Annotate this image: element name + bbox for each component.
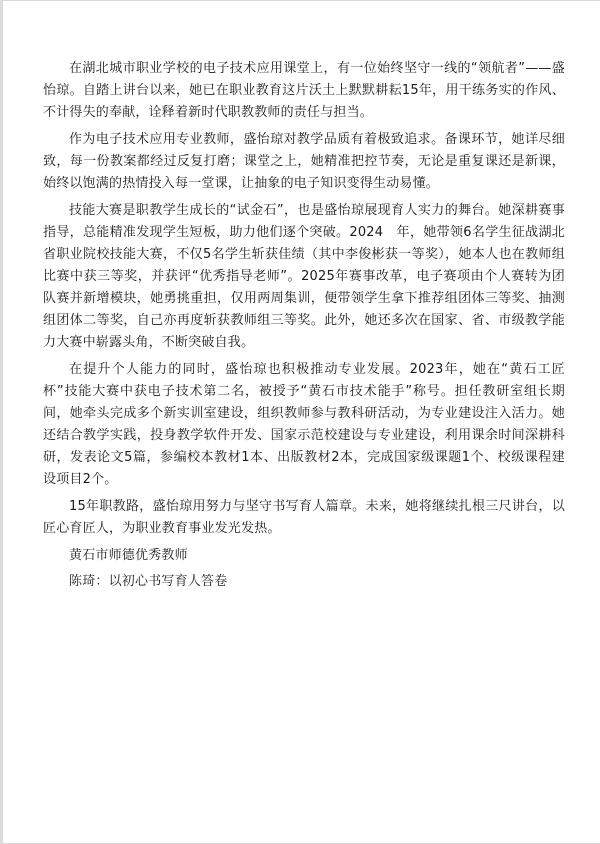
paragraph-intro: 在湖北城市职业学校的电子技术应用课堂上，有一位始终坚守一线的“领航者”——盛怡琼… (43, 58, 565, 124)
next-article-title: 陈琦：以初心书写育人答卷 (43, 571, 565, 593)
article-body: 在湖北城市职业学校的电子技术应用课堂上，有一位始终坚守一线的“领航者”——盛怡琼… (43, 58, 565, 597)
paragraph-development: 在提升个人能力的同时，盛怡琼也积极推动专业发展。2023年，她在“黄石工匠杯”技… (43, 359, 565, 491)
paragraph-teaching: 作为电子技术应用专业教师，盛怡琼对教学品质有着极致追求。备课环节，她详尽细致，每… (43, 129, 565, 195)
paragraph-competitions: 技能大赛是职教学生成长的“试金石”，也是盛怡琼展现育人实力的舞台。她深耕赛事指导… (43, 200, 565, 354)
honor-caption: 黄石市师德优秀教师 (43, 545, 565, 567)
paragraph-conclusion: 15年职教路，盛怡琼用努力与坚守书写育人篇章。未来，她将继续扎根三尺讲台，以匠心… (43, 496, 565, 540)
document-page: 在湖北城市职业学校的电子技术应用课堂上，有一位始终坚守一线的“领航者”——盛怡琼… (0, 0, 600, 844)
